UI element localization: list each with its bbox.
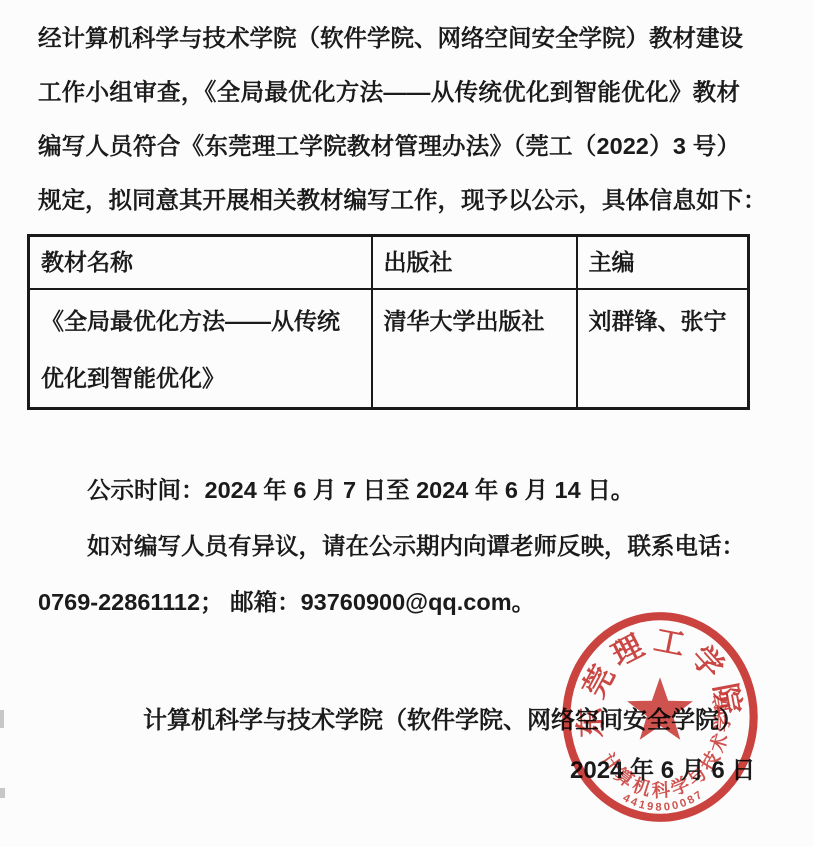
cell-publisher: 清华大学出版社	[372, 289, 577, 409]
paragraph-line: 规定，拟同意其开展相关教材编写工作，现予以公示，具体信息如下：	[38, 173, 740, 227]
table-header-row: 教材名称 出版社 主编	[29, 236, 749, 290]
scan-artifact	[0, 710, 4, 728]
main-paragraph: 经计算机科学与技术学院（软件学院、网络空间安全学院）教材建设 工作小组审查，《全…	[38, 11, 740, 227]
textbook-info-table: 教材名称 出版社 主编 《全局最优化方法——从传统优化到智能优化》 清华大学出版…	[27, 234, 750, 410]
cell-editor: 刘群锋、张宁	[577, 289, 749, 409]
notice-time-line: 公示时间：2024 年 6 月 7 日至 2024 年 6 月 14 日。	[38, 462, 748, 518]
table-row: 《全局最优化方法——从传统优化到智能优化》 清华大学出版社 刘群锋、张宁	[29, 289, 749, 409]
paragraph-line: 编写人员符合《东莞理工学院教材管理办法》（莞工（2022）3 号）	[38, 119, 740, 173]
header-textbook-name: 教材名称	[29, 236, 372, 290]
header-editor: 主编	[577, 236, 749, 290]
signature-date: 2024 年 6 月 6 日	[570, 744, 755, 798]
notice-block: 公示时间：2024 年 6 月 7 日至 2024 年 6 月 14 日。 如对…	[38, 462, 748, 630]
document-page: 经计算机科学与技术学院（软件学院、网络空间安全学院）教材建设 工作小组审查，《全…	[0, 0, 814, 847]
cell-textbook-name: 《全局最优化方法——从传统优化到智能优化》	[29, 289, 372, 409]
notice-objection-line: 如对编写人员有异议，请在公示期内向谭老师反映，联系电话：	[38, 518, 748, 574]
paragraph-line: 工作小组审查，《全局最优化方法——从传统优化到智能优化》教材	[38, 65, 740, 119]
paragraph-line: 经计算机科学与技术学院（软件学院、网络空间安全学院）教材建设	[38, 11, 740, 65]
signature-organization: 计算机科学与技术学院（软件学院、网络空间安全学院）	[143, 694, 743, 748]
notice-contact-line: 0769-22861112； 邮箱：93760900@qq.com。	[38, 574, 748, 630]
scan-artifact	[0, 788, 5, 798]
header-publisher: 出版社	[372, 236, 577, 290]
